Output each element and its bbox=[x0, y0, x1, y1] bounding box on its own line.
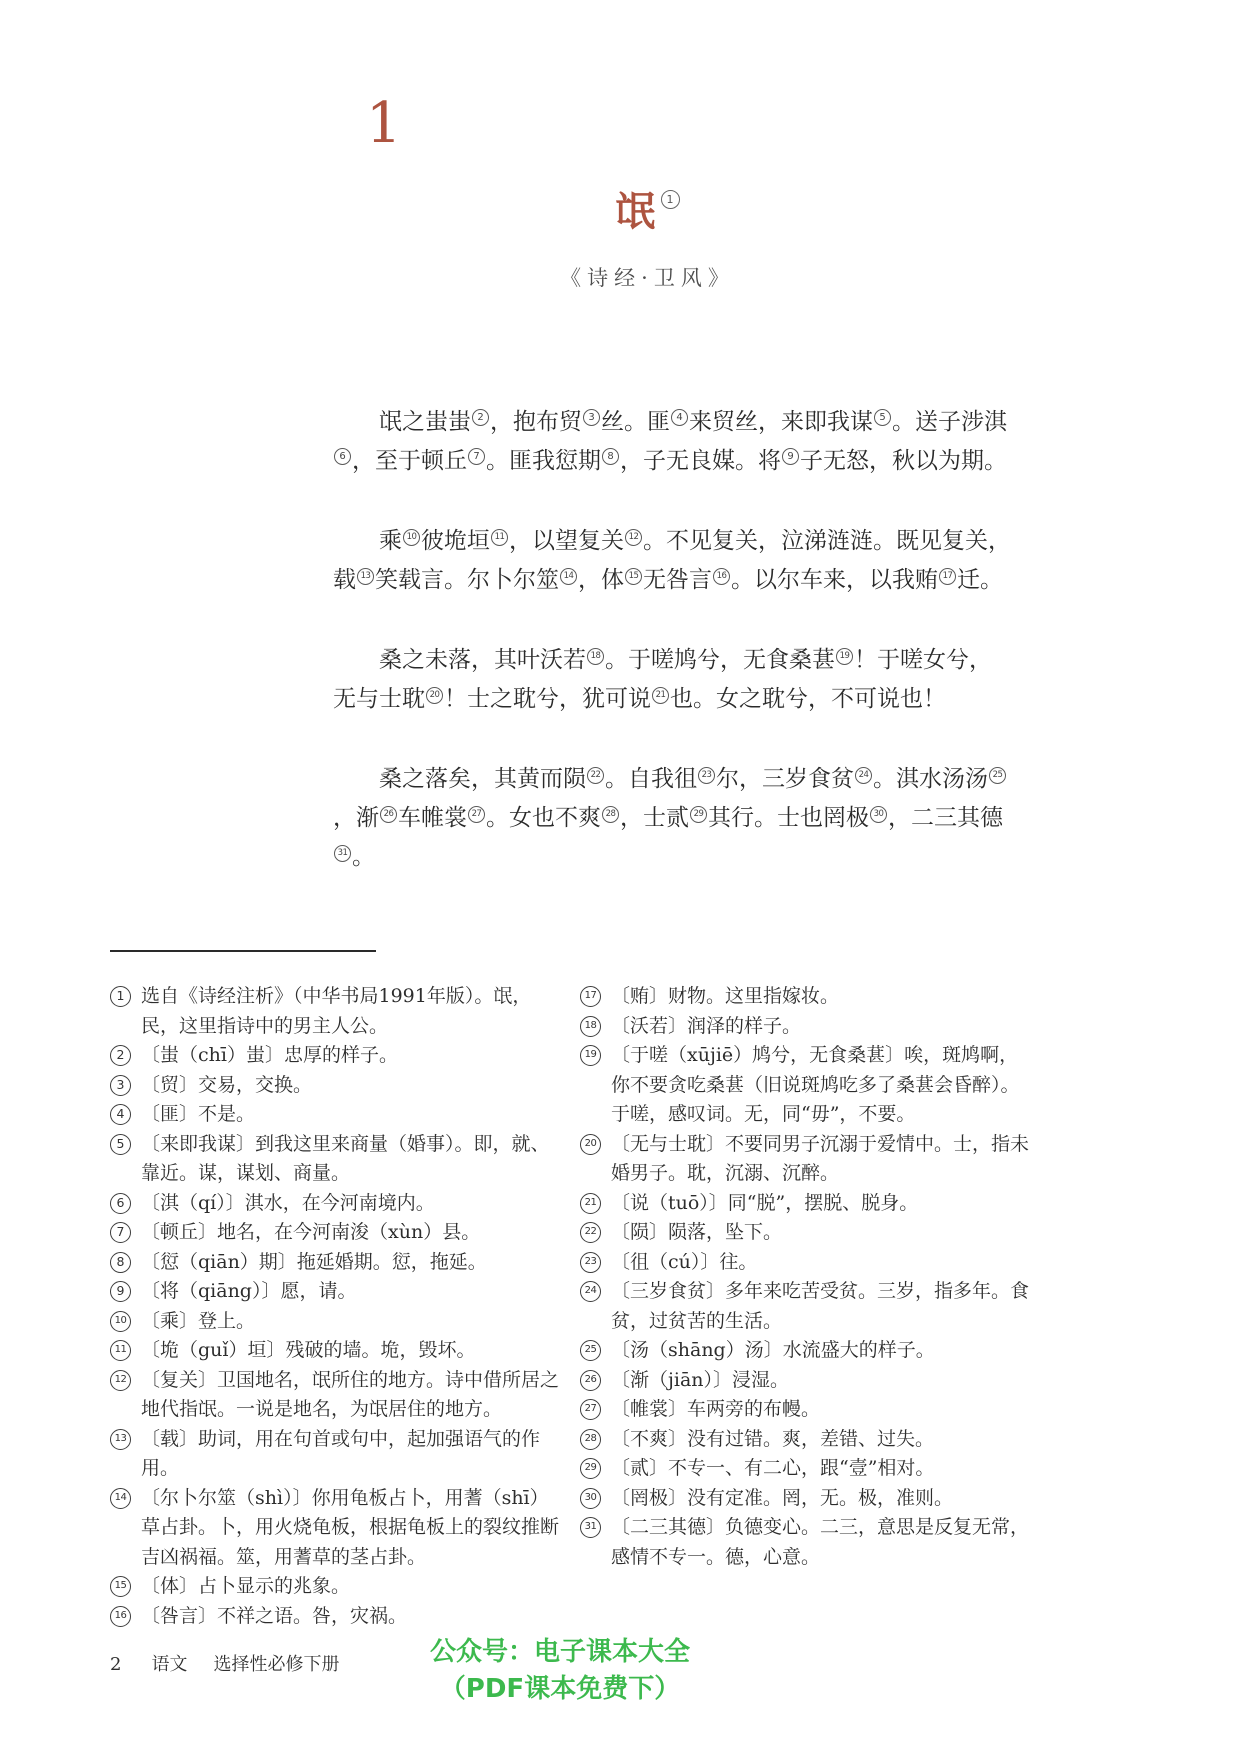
footnote-item: 29〔贰〕不专一、有二心，跟“壹”相对。 bbox=[580, 1454, 1034, 1484]
footnote-ref-16: 16 bbox=[110, 1606, 131, 1627]
footnote-item: 18〔沃若〕润泽的样子。 bbox=[580, 1012, 1034, 1042]
footnote-item: 16〔咎言〕不祥之语。咎，灾祸。 bbox=[110, 1602, 564, 1632]
title-row: 氓1 bbox=[0, 180, 1240, 237]
footnote-text: 〔乘〕登上。 bbox=[141, 1310, 255, 1332]
footnote-ref-22: 22 bbox=[580, 1222, 601, 1243]
footnote-text: 〔贿〕财物。这里指嫁妆。 bbox=[611, 985, 839, 1007]
footnote-ref-11: 11 bbox=[110, 1340, 131, 1361]
footnote-divider bbox=[110, 950, 376, 952]
footnote-ref-2: 2 bbox=[472, 409, 489, 426]
footnote-item: 14〔尔卜尔筮（shì）〕你用龟板占卜，用蓍（shī）草占卦。卜，用火烧龟板，根… bbox=[110, 1484, 564, 1573]
poem-paragraph: 乘10彼垝垣11，以望复关12。不见复关，泣涕涟涟。既见复关，载13笑载言。尔卜… bbox=[333, 522, 1013, 600]
footnote-ref-12: 12 bbox=[110, 1370, 131, 1391]
footnote-item: 11〔垝（guǐ）垣〕残破的墙。垝，毁坏。 bbox=[110, 1336, 564, 1366]
footnote-ref-14: 14 bbox=[560, 568, 577, 585]
footnote-ref-24: 24 bbox=[855, 767, 872, 784]
footnote-columns: 1选自《诗经注析》（中华书局1991年版）。氓，民，这里指诗中的男主人公。2〔蚩… bbox=[110, 982, 1034, 1631]
footnote-item: 5〔来即我谋〕到我这里来商量（婚事）。即，就、靠近。谋，谋划、商量。 bbox=[110, 1130, 564, 1189]
footnotes-section: 1选自《诗经注析》（中华书局1991年版）。氓，民，这里指诗中的男主人公。2〔蚩… bbox=[110, 950, 1034, 1631]
footnote-text: 〔体〕占卜显示的兆象。 bbox=[141, 1575, 350, 1597]
footnote-ref-21: 21 bbox=[580, 1193, 601, 1214]
footnote-text: 〔渐（jiān）〕浸湿。 bbox=[611, 1369, 789, 1391]
lesson-number: 1 bbox=[366, 96, 402, 152]
footnote-ref-12: 12 bbox=[625, 529, 642, 546]
footnote-ref-18: 18 bbox=[587, 648, 604, 665]
footnote-ref-26: 26 bbox=[380, 806, 397, 823]
footnote-ref-17: 17 bbox=[939, 568, 956, 585]
footnote-item: 26〔渐（jiān）〕浸湿。 bbox=[580, 1366, 1034, 1396]
footnote-ref-18: 18 bbox=[580, 1016, 601, 1037]
footnote-text: 〔不爽〕没有过错。爽，差错、过失。 bbox=[611, 1428, 934, 1450]
footnote-text: 〔来即我谋〕到我这里来商量（婚事）。即，就、靠近。谋，谋划、商量。 bbox=[141, 1133, 550, 1185]
footnote-item: 2〔蚩（chī）蚩〕忠厚的样子。 bbox=[110, 1041, 564, 1071]
footnote-ref-29: 29 bbox=[580, 1458, 601, 1479]
footnote-ref-28: 28 bbox=[580, 1429, 601, 1450]
footnote-ref-16: 16 bbox=[713, 568, 730, 585]
footnote-text: 〔垝（guǐ）垣〕残破的墙。垝，毁坏。 bbox=[141, 1339, 475, 1361]
footnote-text: 〔愆（qiān）期〕拖延婚期。愆，拖延。 bbox=[141, 1251, 487, 1273]
watermark-line1: 公众号：电子课本大全 bbox=[395, 1634, 725, 1671]
footnote-ref-21: 21 bbox=[652, 687, 669, 704]
footnote-ref-10: 10 bbox=[110, 1311, 131, 1332]
footnote-ref-7: 7 bbox=[468, 448, 485, 465]
footnote-ref-6: 6 bbox=[334, 448, 351, 465]
footnote-ref-8: 8 bbox=[110, 1252, 131, 1273]
footnote-ref-5: 5 bbox=[110, 1134, 131, 1155]
footnote-item: 15〔体〕占卜显示的兆象。 bbox=[110, 1572, 564, 1602]
footnote-ref-28: 28 bbox=[602, 806, 619, 823]
footnote-ref-29: 29 bbox=[690, 806, 707, 823]
footnote-text: 〔汤（shāng）汤〕水流盛大的样子。 bbox=[611, 1339, 935, 1361]
footnote-item: 10〔乘〕登上。 bbox=[110, 1307, 564, 1337]
footnote-ref-7: 7 bbox=[110, 1222, 131, 1243]
poem-title: 氓 bbox=[616, 188, 658, 235]
footnote-ref-13: 13 bbox=[110, 1429, 131, 1450]
footnote-text: 〔沃若〕润泽的样子。 bbox=[611, 1015, 801, 1037]
footnote-item: 28〔不爽〕没有过错。爽，差错、过失。 bbox=[580, 1425, 1034, 1455]
course-label: 语文 bbox=[151, 1650, 187, 1676]
footnote-item: 6〔淇（qí）〕淇水，在今河南境内。 bbox=[110, 1189, 564, 1219]
footnote-ref-27: 27 bbox=[468, 806, 485, 823]
footnote-ref-9: 9 bbox=[782, 448, 799, 465]
footnote-ref-8: 8 bbox=[602, 448, 619, 465]
footnote-text: 〔载〕助词，用在句首或句中，起加强语气的作用。 bbox=[141, 1428, 540, 1480]
footnote-text: 〔尔卜尔筮（shì）〕你用龟板占卜，用蓍（shī）草占卦。卜，用火烧龟板，根据龟… bbox=[141, 1487, 559, 1568]
title-footnote-ref: 1 bbox=[661, 190, 680, 209]
footnote-item: 20〔无与士耽〕不要同男子沉溺于爱情中。士，指未婚男子。耽，沉溺、沉醉。 bbox=[580, 1130, 1034, 1189]
footnote-text: 〔无与士耽〕不要同男子沉溺于爱情中。士，指未婚男子。耽，沉溺、沉醉。 bbox=[611, 1133, 1029, 1185]
footnote-ref-14: 14 bbox=[110, 1488, 131, 1509]
footnote-item: 17〔贿〕财物。这里指嫁妆。 bbox=[580, 982, 1034, 1012]
footnote-item: 30〔罔极〕没有定准。罔，无。极，准则。 bbox=[580, 1484, 1034, 1514]
footnote-item: 31〔二三其德〕负德变心。二三，意思是反复无常，感情不专一。德，心意。 bbox=[580, 1513, 1034, 1572]
poem: 氓之蚩蚩2，抱布贸3丝。匪4来贸丝，来即我谋5。送子涉淇6，至于顿丘7。匪我愆期… bbox=[333, 403, 1013, 918]
footnote-text: 〔贰〕不专一、有二心，跟“壹”相对。 bbox=[611, 1457, 934, 1479]
footnote-item: 24〔三岁食贫〕多年来吃苦受贫。三岁，指多年。食贫，过贫苦的生活。 bbox=[580, 1277, 1034, 1336]
footnote-item: 4〔匪〕不是。 bbox=[110, 1100, 564, 1130]
poem-paragraph: 桑之未落，其叶沃若18。于嗟鸠兮，无食桑葚19！于嗟女兮，无与士耽20！士之耽兮… bbox=[333, 641, 1013, 719]
footnote-ref-20: 20 bbox=[426, 687, 443, 704]
watermark: 公众号：电子课本大全 （PDF课本免费下） bbox=[395, 1634, 725, 1708]
watermark-line2: （PDF课本免费下） bbox=[395, 1671, 725, 1708]
footnote-ref-22: 22 bbox=[587, 767, 604, 784]
footnote-ref-2: 2 bbox=[110, 1045, 131, 1066]
textbook-page: 1 氓1 《诗经·卫风》 氓之蚩蚩2，抱布贸3丝。匪4来贸丝，来即我谋5。送子涉… bbox=[0, 0, 1240, 1754]
footnote-ref-3: 3 bbox=[583, 409, 600, 426]
footnote-ref-27: 27 bbox=[580, 1399, 601, 1420]
footnote-item: 19〔于嗟（xūjiē）鸠兮，无食桑葚〕唉，斑鸠啊，你不要贪吃桑葚（旧说斑鸠吃多… bbox=[580, 1041, 1034, 1130]
footnote-ref-30: 30 bbox=[580, 1488, 601, 1509]
poem-paragraph: 氓之蚩蚩2，抱布贸3丝。匪4来贸丝，来即我谋5。送子涉淇6，至于顿丘7。匪我愆期… bbox=[333, 403, 1013, 481]
footnote-ref-11: 11 bbox=[491, 529, 508, 546]
footnote-ref-19: 19 bbox=[580, 1045, 601, 1066]
footnote-text: 〔徂（cú）〕往。 bbox=[611, 1251, 757, 1273]
footnote-text: 〔罔极〕没有定准。罔，无。极，准则。 bbox=[611, 1487, 953, 1509]
footnote-item: 27〔帷裳〕车两旁的布幔。 bbox=[580, 1395, 1034, 1425]
footnote-text: 〔说（tuō）〕同“脱”，摆脱、脱身。 bbox=[611, 1192, 918, 1214]
footnote-text: 〔将（qiāng）〕愿，请。 bbox=[141, 1280, 356, 1302]
footnote-text: 〔顿丘〕地名，在今河南浚（xùn）县。 bbox=[141, 1221, 480, 1243]
footnote-text: 〔陨〕陨落，坠下。 bbox=[611, 1221, 782, 1243]
poem-paragraph: 桑之落矣，其黄而陨22。自我徂23尔，三岁食贫24。淇水汤汤25，渐26车帷裳2… bbox=[333, 760, 1013, 877]
footnote-item: 23〔徂（cú）〕往。 bbox=[580, 1248, 1034, 1278]
footnote-ref-31: 31 bbox=[580, 1517, 601, 1538]
footnote-ref-15: 15 bbox=[110, 1576, 131, 1597]
footnote-ref-15: 15 bbox=[625, 568, 642, 585]
footnote-ref-4: 4 bbox=[671, 409, 688, 426]
footnote-ref-9: 9 bbox=[110, 1281, 131, 1302]
footnote-item: 3〔贸〕交易，交换。 bbox=[110, 1071, 564, 1101]
footnotes-right-column: 17〔贿〕财物。这里指嫁妆。18〔沃若〕润泽的样子。19〔于嗟（xūjiē）鸠兮… bbox=[580, 982, 1034, 1631]
footnote-item: 22〔陨〕陨落，坠下。 bbox=[580, 1218, 1034, 1248]
footnote-item: 13〔载〕助词，用在句首或句中，起加强语气的作用。 bbox=[110, 1425, 564, 1484]
footnote-item: 1选自《诗经注析》（中华书局1991年版）。氓，民，这里指诗中的男主人公。 bbox=[110, 982, 564, 1041]
footnote-text: 〔复关〕卫国地名，氓所住的地方。诗中借所居之地代指氓。一说是地名，为氓居住的地方… bbox=[141, 1369, 559, 1421]
footnote-item: 7〔顿丘〕地名，在今河南浚（xùn）县。 bbox=[110, 1218, 564, 1248]
footnote-ref-24: 24 bbox=[580, 1281, 601, 1302]
footnote-ref-17: 17 bbox=[580, 986, 601, 1007]
footnote-ref-26: 26 bbox=[580, 1370, 601, 1391]
footnote-item: 8〔愆（qiān）期〕拖延婚期。愆，拖延。 bbox=[110, 1248, 564, 1278]
footnote-ref-23: 23 bbox=[698, 767, 715, 784]
footnote-ref-13: 13 bbox=[357, 568, 374, 585]
footnote-text: 〔于嗟（xūjiē）鸠兮，无食桑葚〕唉，斑鸠啊，你不要贪吃桑葚（旧说斑鸠吃多了桑… bbox=[611, 1044, 1020, 1125]
footnote-text: 选自《诗经注析》（中华书局1991年版）。氓，民，这里指诗中的男主人公。 bbox=[141, 985, 531, 1037]
footnote-ref-31: 31 bbox=[334, 845, 351, 862]
footnote-ref-3: 3 bbox=[110, 1075, 131, 1096]
footnote-text: 〔蚩（chī）蚩〕忠厚的样子。 bbox=[141, 1044, 398, 1066]
footnote-ref-4: 4 bbox=[110, 1104, 131, 1125]
footnote-text: 〔咎言〕不祥之语。咎，灾祸。 bbox=[141, 1605, 407, 1627]
footnote-text: 〔匪〕不是。 bbox=[141, 1103, 255, 1125]
book-label: 选择性必修下册 bbox=[213, 1650, 339, 1676]
footnote-item: 25〔汤（shāng）汤〕水流盛大的样子。 bbox=[580, 1336, 1034, 1366]
poem-source: 《诗经·卫风》 bbox=[0, 262, 1240, 292]
page-footer: 2 语文 选择性必修下册 bbox=[110, 1650, 339, 1676]
footnote-item: 12〔复关〕卫国地名，氓所住的地方。诗中借所居之地代指氓。一说是地名，为氓居住的… bbox=[110, 1366, 564, 1425]
footnote-ref-23: 23 bbox=[580, 1252, 601, 1273]
footnote-ref-25: 25 bbox=[989, 767, 1006, 784]
footnote-ref-30: 30 bbox=[870, 806, 887, 823]
footnote-ref-20: 20 bbox=[580, 1134, 601, 1155]
footnote-ref-10: 10 bbox=[403, 529, 420, 546]
page-number: 2 bbox=[110, 1654, 121, 1675]
footnote-ref-25: 25 bbox=[580, 1340, 601, 1361]
footnote-ref-6: 6 bbox=[110, 1193, 131, 1214]
footnote-item: 21〔说（tuō）〕同“脱”，摆脱、脱身。 bbox=[580, 1189, 1034, 1219]
footnotes-left-column: 1选自《诗经注析》（中华书局1991年版）。氓，民，这里指诗中的男主人公。2〔蚩… bbox=[110, 982, 564, 1631]
footnote-item: 9〔将（qiāng）〕愿，请。 bbox=[110, 1277, 564, 1307]
footnote-text: 〔帷裳〕车两旁的布幔。 bbox=[611, 1398, 820, 1420]
footnote-text: 〔淇（qí）〕淇水，在今河南境内。 bbox=[141, 1192, 435, 1214]
footnote-text: 〔三岁食贫〕多年来吃苦受贫。三岁，指多年。食贫，过贫苦的生活。 bbox=[611, 1280, 1029, 1332]
footnote-ref-1: 1 bbox=[110, 986, 131, 1007]
footnote-ref-19: 19 bbox=[836, 648, 853, 665]
footnote-ref-5: 5 bbox=[874, 409, 891, 426]
footnote-text: 〔贸〕交易，交换。 bbox=[141, 1074, 312, 1096]
footnote-text: 〔二三其德〕负德变心。二三，意思是反复无常，感情不专一。德，心意。 bbox=[611, 1516, 1029, 1568]
